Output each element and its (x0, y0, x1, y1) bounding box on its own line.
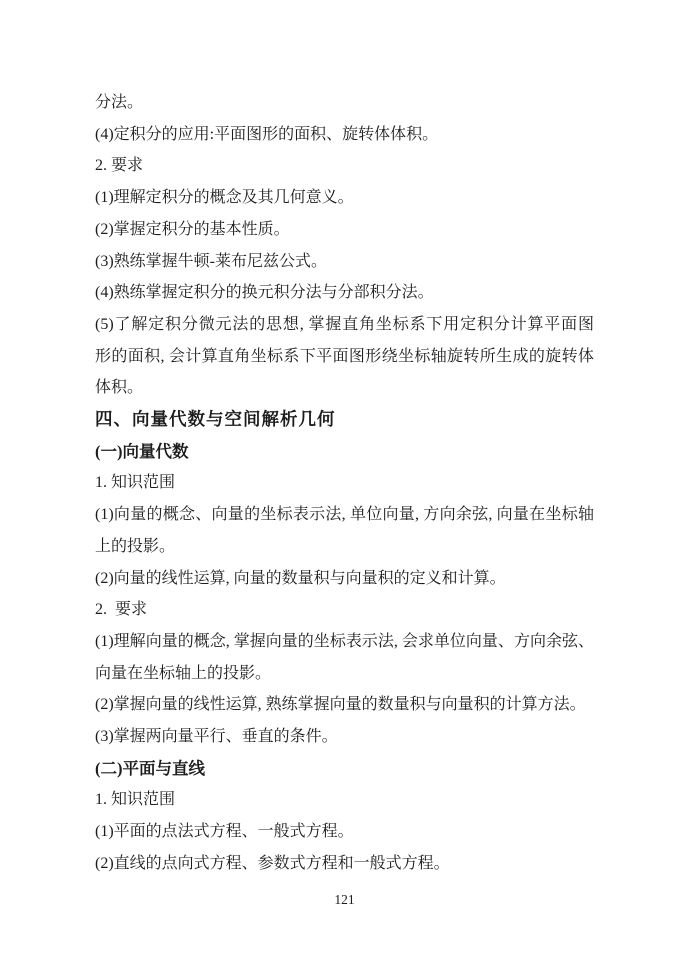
text-line: 体积。 (95, 372, 594, 404)
document-body: 分法。(4)定积分的应用:平面图形的面积、旋转体体积。2. 要求(1)理解定积分… (95, 87, 594, 880)
text-line: (2)直线的点向式方程、参数式方程和一般式方程。 (95, 848, 594, 880)
text-line: (4)定积分的应用:平面图形的面积、旋转体体积。 (95, 119, 594, 151)
text-line: (1)平面的点法式方程、一般式方程。 (95, 816, 594, 848)
text-line: (3)掌握两向量平行、垂直的条件。 (95, 721, 594, 753)
text-line: (1)理解定积分的概念及其几何意义。 (95, 182, 594, 214)
text-line: (3)熟练掌握牛顿-莱布尼兹公式。 (95, 246, 594, 278)
text-line: 上的投影。 (95, 531, 594, 563)
text-line: 形的面积, 会计算直角坐标系下平面图形绕坐标轴旋转所生成的旋转体 (95, 341, 594, 373)
subsection-heading: (一)向量代数 (95, 436, 594, 468)
document-page: 分法。(4)定积分的应用:平面图形的面积、旋转体体积。2. 要求(1)理解定积分… (0, 0, 691, 979)
text-line: (2)掌握定积分的基本性质。 (95, 214, 594, 246)
text-line: (1)向量的概念、向量的坐标表示法, 单位向量, 方向余弦, 向量在坐标轴 (95, 499, 594, 531)
text-line: 向量在坐标轴上的投影。 (95, 658, 594, 690)
text-line: 2. 要求 (95, 594, 594, 626)
page-number: 121 (95, 891, 594, 909)
text-line: 分法。 (95, 87, 594, 119)
text-line: 1. 知识范围 (95, 467, 594, 499)
text-line: (1)理解向量的概念, 掌握向量的坐标表示法, 会求单位向量、方向余弦、 (95, 626, 594, 658)
text-line: (5)了解定积分微元法的思想, 掌握直角坐标系下用定积分计算平面图 (95, 309, 594, 341)
text-line: 1. 知识范围 (95, 784, 594, 816)
text-line: (4)熟练掌握定积分的换元积分法与分部积分法。 (95, 277, 594, 309)
text-line: (2)向量的线性运算, 向量的数量积与向量积的定义和计算。 (95, 563, 594, 595)
section-heading: 四、向量代数与空间解析几何 (95, 404, 594, 436)
subsection-heading: (二)平面与直线 (95, 753, 594, 785)
text-line: (2)掌握向量的线性运算, 熟练掌握向量的数量积与向量积的计算方法。 (95, 689, 594, 721)
text-line: 2. 要求 (95, 150, 594, 182)
